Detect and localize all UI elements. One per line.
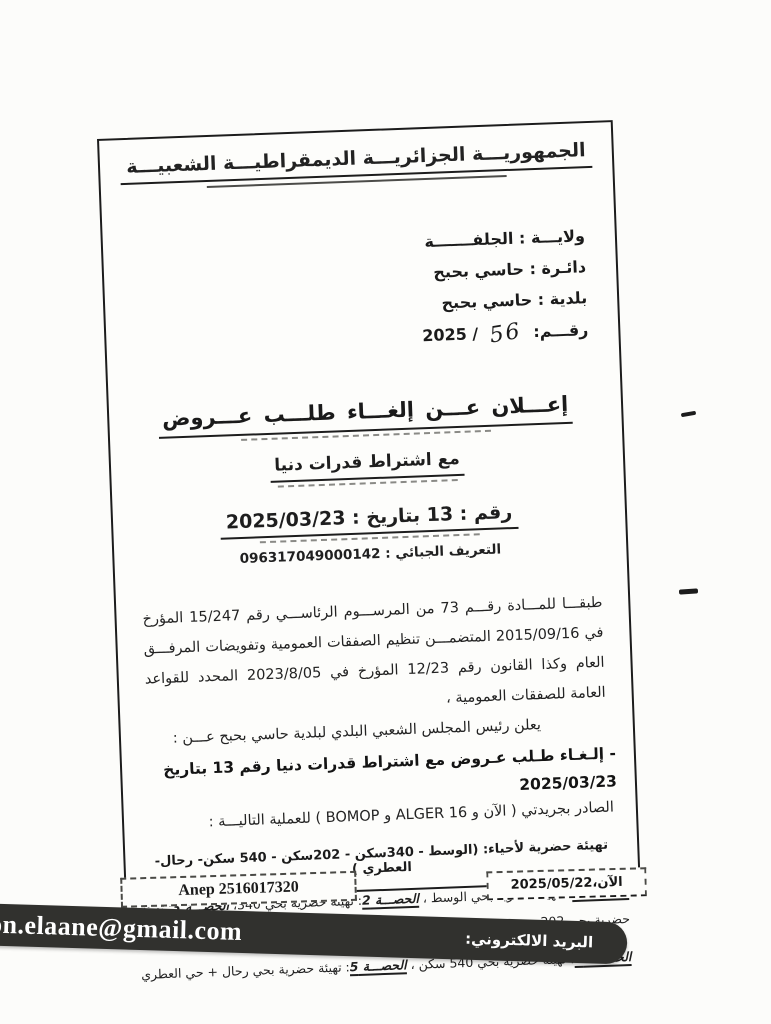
- registry-number-label: رقـــم:: [533, 320, 589, 341]
- margin-fold-mark-top: [681, 411, 696, 418]
- document-border-frame: الجمهوريـــة الجزائريـــة الديمقراطيـــة…: [97, 120, 641, 900]
- republic-title: الجمهوريـــة الجزائريـــة الديمقراطيـــة…: [120, 139, 592, 185]
- republic-header: الجمهوريـــة الجزائريـــة الديمقراطيـــة…: [116, 139, 597, 192]
- registry-number-value-group: 2025 / 56: [422, 315, 529, 351]
- registry-number-handwritten: 56: [488, 316, 525, 352]
- email-address: ion.elaane@gmail.com: [0, 909, 456, 953]
- margin-fold-mark-bottom: [679, 588, 698, 594]
- announcement-title-text: إعـــلان عـــن إلغـــاء طلـــب عـــروض: [158, 392, 573, 439]
- registry-year: 2025 /: [422, 324, 479, 345]
- email-label: البريد الالكتروني:: [465, 930, 593, 952]
- document-content: الجمهوريـــة الجزائريـــة الديمقراطيـــة…: [99, 122, 638, 898]
- scanned-announcement-page: { "colors": { "ink": "#1e1e1e", "banner_…: [0, 0, 771, 1024]
- announcement-title: إعـــلان عـــن إلغـــاء طلـــب عـــروض: [125, 391, 606, 446]
- publication-date-box: الآن،2025/05/22: [486, 867, 647, 900]
- announcement-subtitle-text: مع اشتراط قدرات دنيا: [270, 449, 464, 483]
- legal-basis-paragraph: طبقـــا للمـــادة رقـــم 73 من المرســـو…: [142, 588, 606, 725]
- authority-info-block: ولايـــة : الجلفـــــــة دائـرة : حاسي ب…: [119, 220, 589, 362]
- announcement-subtitle: مع اشتراط قدرات دنيا: [127, 444, 608, 494]
